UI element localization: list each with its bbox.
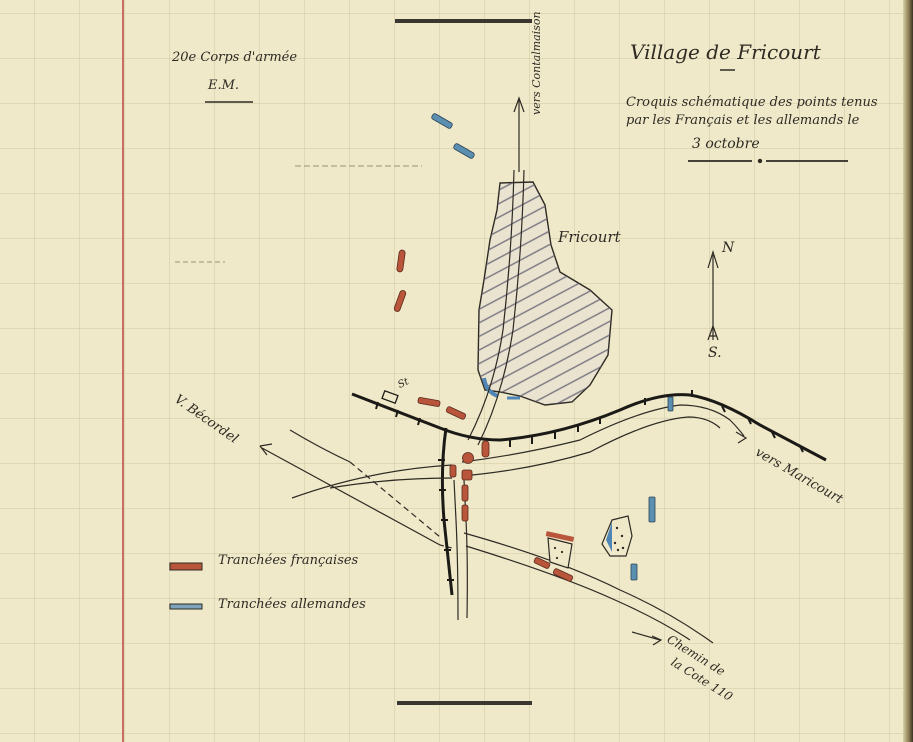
map-page: 20e Corps d'armée E.M. Village de Fricou… <box>0 0 913 742</box>
compass-north-label: N <box>722 240 734 256</box>
village-label: Fricourt <box>558 228 621 246</box>
grid-paper <box>0 0 913 742</box>
legend-label-german: Tranchées allemandes <box>218 597 366 612</box>
road-north-label: vers Contalmaison <box>530 11 543 115</box>
subtitle-line-2: par les Français et les allemands le <box>626 113 859 128</box>
legend-swatch-german <box>170 604 202 609</box>
legend-swatch-french <box>170 563 202 570</box>
date-label: 3 octobre <box>692 136 760 152</box>
page-binding-edge <box>903 0 913 742</box>
unit-label: 20e Corps d'armée <box>172 50 297 65</box>
subtitle-line-1: Croquis schématique des points tenus <box>626 95 878 110</box>
legend-label-french: Tranchées françaises <box>218 553 358 568</box>
map-canvas <box>0 0 913 742</box>
map-title: Village de Fricourt <box>630 40 821 64</box>
compass-south-label: S. <box>708 345 722 361</box>
staff-label: E.M. <box>208 78 239 93</box>
